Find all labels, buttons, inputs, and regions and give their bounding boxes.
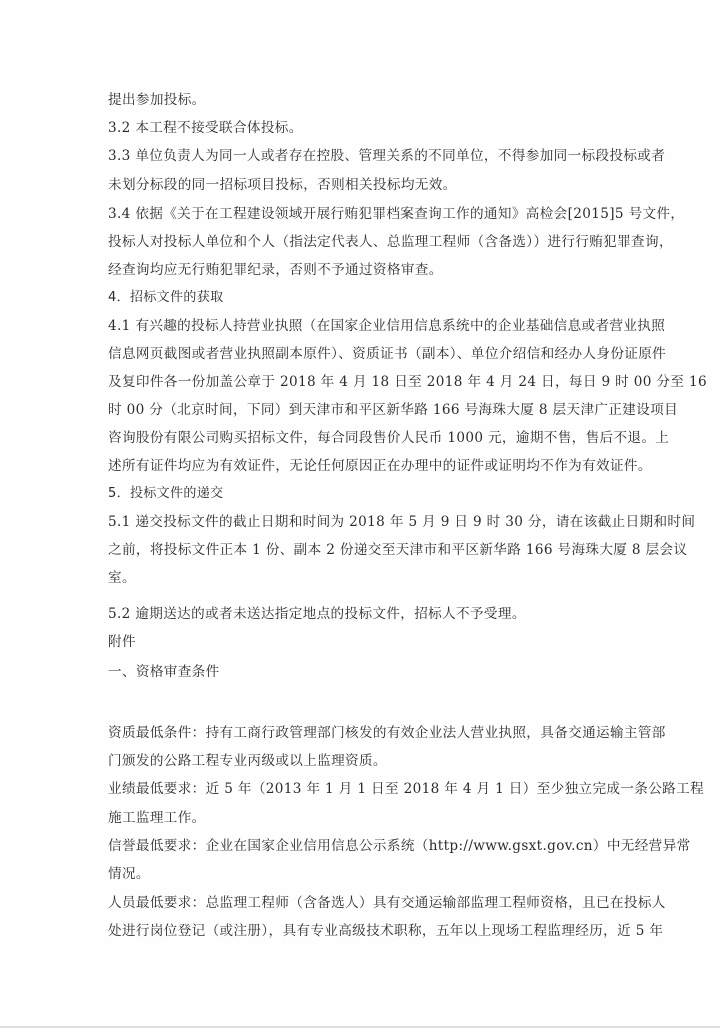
document-text-line: 资质最低条件：持有工商行政管理部门核发的有效企业法人营业执照，具备交通运输主管部 [108,724,623,742]
document-text-line: 情况。 [108,865,638,883]
document-text-line: 5.1 递交投标文件的截止日期和时间为 2018 年 5 月 9 日 9 时 3… [108,513,623,531]
document-text-line: 室。 [108,569,638,587]
document-text-line: 及复印件各一份加盖公章于 2018 年 4 月 18 日至 2018 年 4 月… [108,373,623,391]
document-text-line: 述所有证件均应为有效证件，无论任何原因正在办理中的证件或证明均不作为有效证件。 [108,457,638,475]
section-heading: 5．投标文件的递交 [108,485,638,503]
document-text-line: 3.3 单位负责人为同一人或者存在控股、管理关系的不同单位，不得参加同一标段投标… [108,147,623,165]
document-text-line: 施工监理工作。 [108,809,638,827]
document-text-line: 一、资格审查条件 [108,663,638,681]
document-text-line: 时 00 分（北京时间，下同）到天津市和平区新华路 166 号海珠大厦 8 层天… [108,401,623,419]
document-text-line: 5.2 逾期送达的或者未送达指定地点的投标文件，招标人不予受理。 [108,605,638,623]
document-text-line: 之前，将投标文件正本 1 份、副本 2 份递交至天津市和平区新华路 166 号海… [108,541,623,559]
section-heading: 4．招标文件的获取 [108,289,638,307]
document-text-line: 提出参加投标。 [108,91,638,109]
document-text-line: 3.2 本工程不接受联合体投标。 [108,119,638,137]
document-text-line: 投标人对投标人单位和个人（指法定代表人、总监理工程师（含备选））进行行贿犯罪查询… [108,233,623,251]
document-text-line: 咨询股份有限公司购买招标文件，每合同段售价人民币 1000 元，逾期不售，售后不… [108,429,623,447]
document-text-line: 3.4 依据《关于在工程建设领域开展行贿犯罪档案查询工作的通知》高检会[2015… [108,205,623,223]
document-text-line: 业绩最低要求：近 5 年（2013 年 1 月 1 日至 2018 年 4 月 … [108,780,623,798]
document-text-line: 人员最低要求：总监理工程师（含备选人）具有交通运输部监理工程师资格，且已在投标人 [108,894,623,912]
document-text-line: 附件 [108,633,638,651]
document-text-line: 4.1 有兴趣的投标人持营业执照（在国家企业信用信息系统中的企业基础信息或者营业… [108,317,623,335]
document-text-line: 信誉最低要求：企业在国家企业信用信息公示系统（http://www.gsxt.g… [108,837,623,855]
document-text-line: 信息网页截图或者营业执照副本原件）、资质证书（副本）、单位介绍信和经办人身份证原… [108,345,623,363]
document-text-line: 未划分标段的同一招标项目投标，否则相关投标均无效。 [108,176,638,194]
scanned-document-page: 提出参加投标。3.2 本工程不接受联合体投标。3.3 单位负责人为同一人或者存在… [0,0,720,1026]
document-text-line: 经查询均应无行贿犯罪纪录，否则不予通过资格审查。 [108,261,638,279]
document-text-line: 门颁发的公路工程专业丙级或以上监理资质。 [108,752,638,770]
document-text-line: 处进行岗位登记（或注册），具有专业高级技术职称，五年以上现场工程监理经历，近 5… [108,922,623,940]
